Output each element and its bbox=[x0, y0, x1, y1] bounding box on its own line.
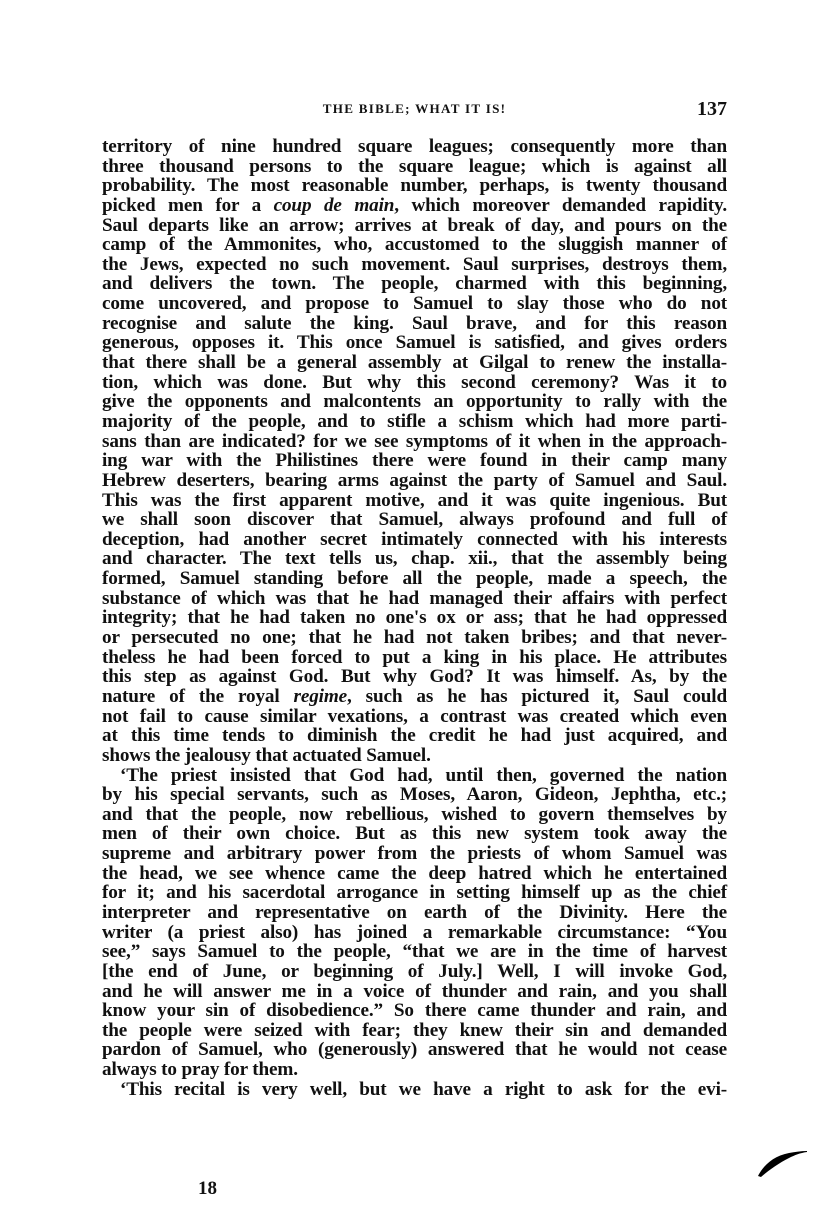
text-line: not fail to cause similar vexations, a c… bbox=[102, 707, 727, 727]
text-line: theless he had been forced to put a king… bbox=[102, 648, 727, 668]
text-line: pardon of Samuel, who (generously) answe… bbox=[102, 1040, 727, 1060]
text-line: always to pray for them. bbox=[102, 1060, 727, 1080]
text-line: substance of which was that he had manag… bbox=[102, 589, 727, 609]
text-line: and he will answer me in a voice of thun… bbox=[102, 982, 727, 1002]
text-line: and delivers the town. The people, charm… bbox=[102, 274, 727, 294]
ink-blot-icon bbox=[755, 1148, 810, 1178]
text-line: the Jews, expected no such movement. Sau… bbox=[102, 255, 727, 275]
text-line: interpreter and representative on earth … bbox=[102, 903, 727, 923]
text-line: territory of nine hundred square leagues… bbox=[102, 137, 727, 157]
signature-mark: 18 bbox=[198, 1178, 217, 1200]
text-line: that there shall be a general assembly a… bbox=[102, 353, 727, 373]
text-line: Saul departs like an arrow; arrives at b… bbox=[102, 216, 727, 236]
text-line: we shall soon discover that Samuel, alwa… bbox=[102, 510, 727, 530]
text-line: know your sin of disobedience.” So there… bbox=[102, 1001, 727, 1021]
text-line: picked men for a coup de main, which mor… bbox=[102, 196, 727, 216]
text-line: sans than are indicated? for we see symp… bbox=[102, 432, 727, 452]
text-line: [the end of June, or beginning of July.]… bbox=[102, 962, 727, 982]
italic-phrase: coup de main bbox=[274, 195, 395, 216]
text-line: men of their own choice. But as this new… bbox=[102, 824, 727, 844]
text-line: see,” says Samuel to the people, “that w… bbox=[102, 942, 727, 962]
text-line: probability. The most reasonable number,… bbox=[102, 176, 727, 196]
text-line: ing war with the Philistines there were … bbox=[102, 451, 727, 471]
text-line: this step as against God. But why God? I… bbox=[102, 667, 727, 687]
text-line: Hebrew deserters, bearing arms against t… bbox=[102, 471, 727, 491]
text-line: deception, had another secret intimately… bbox=[102, 530, 727, 550]
text-line: at this time tends to diminish the credi… bbox=[102, 726, 727, 746]
text-line: by his special servants, such as Moses, … bbox=[102, 785, 727, 805]
text-line: ‘This recital is very well, but we have … bbox=[102, 1080, 727, 1100]
page-number: 137 bbox=[697, 98, 727, 121]
text-line: This was the first apparent motive, and … bbox=[102, 491, 727, 511]
text-line: and that the people, now rebellious, wis… bbox=[102, 805, 727, 825]
running-head: THE BIBLE; WHAT IT IS! 137 bbox=[102, 98, 727, 122]
text-line: for it; and his sacerdotal arrogance in … bbox=[102, 883, 727, 903]
text-line: three thousand persons to the square lea… bbox=[102, 157, 727, 177]
book-page: THE BIBLE; WHAT IT IS! 137 territory of … bbox=[0, 0, 838, 1220]
running-title: THE BIBLE; WHAT IT IS! bbox=[86, 102, 742, 117]
text-line: writer (a priest also) has joined a rema… bbox=[102, 923, 727, 943]
text-line: supreme and arbitrary power from the pri… bbox=[102, 844, 727, 864]
text-line: majority of the people, and to stifle a … bbox=[102, 412, 727, 432]
body-text: territory of nine hundred square leagues… bbox=[102, 137, 727, 1099]
text-line: tion, which was done. But why this secon… bbox=[102, 373, 727, 393]
text-line: integrity; that he had taken no one's ox… bbox=[102, 608, 727, 628]
text-line: recognise and salute the king. Saul brav… bbox=[102, 314, 727, 334]
text-line: generous, opposes it. This once Samuel i… bbox=[102, 333, 727, 353]
italic-phrase: regime bbox=[294, 686, 347, 707]
text-line: or persecuted no one; that he had not ta… bbox=[102, 628, 727, 648]
text-line: camp of the Ammonites, who, accustomed t… bbox=[102, 235, 727, 255]
text-line: the people were seized with fear; they k… bbox=[102, 1021, 727, 1041]
text-line: formed, Samuel standing before all the p… bbox=[102, 569, 727, 589]
text-line: the head, we see whence came the deep ha… bbox=[102, 864, 727, 884]
text-line: give the opponents and malcontents an op… bbox=[102, 392, 727, 412]
text-line: ‘The priest insisted that God had, until… bbox=[102, 766, 727, 786]
text-line: nature of the royal regime, such as he h… bbox=[102, 687, 727, 707]
text-line: come uncovered, and propose to Samuel to… bbox=[102, 294, 727, 314]
text-line: shows the jealousy that actuated Samuel. bbox=[102, 746, 727, 766]
text-line: and character. The text tells us, chap. … bbox=[102, 549, 727, 569]
